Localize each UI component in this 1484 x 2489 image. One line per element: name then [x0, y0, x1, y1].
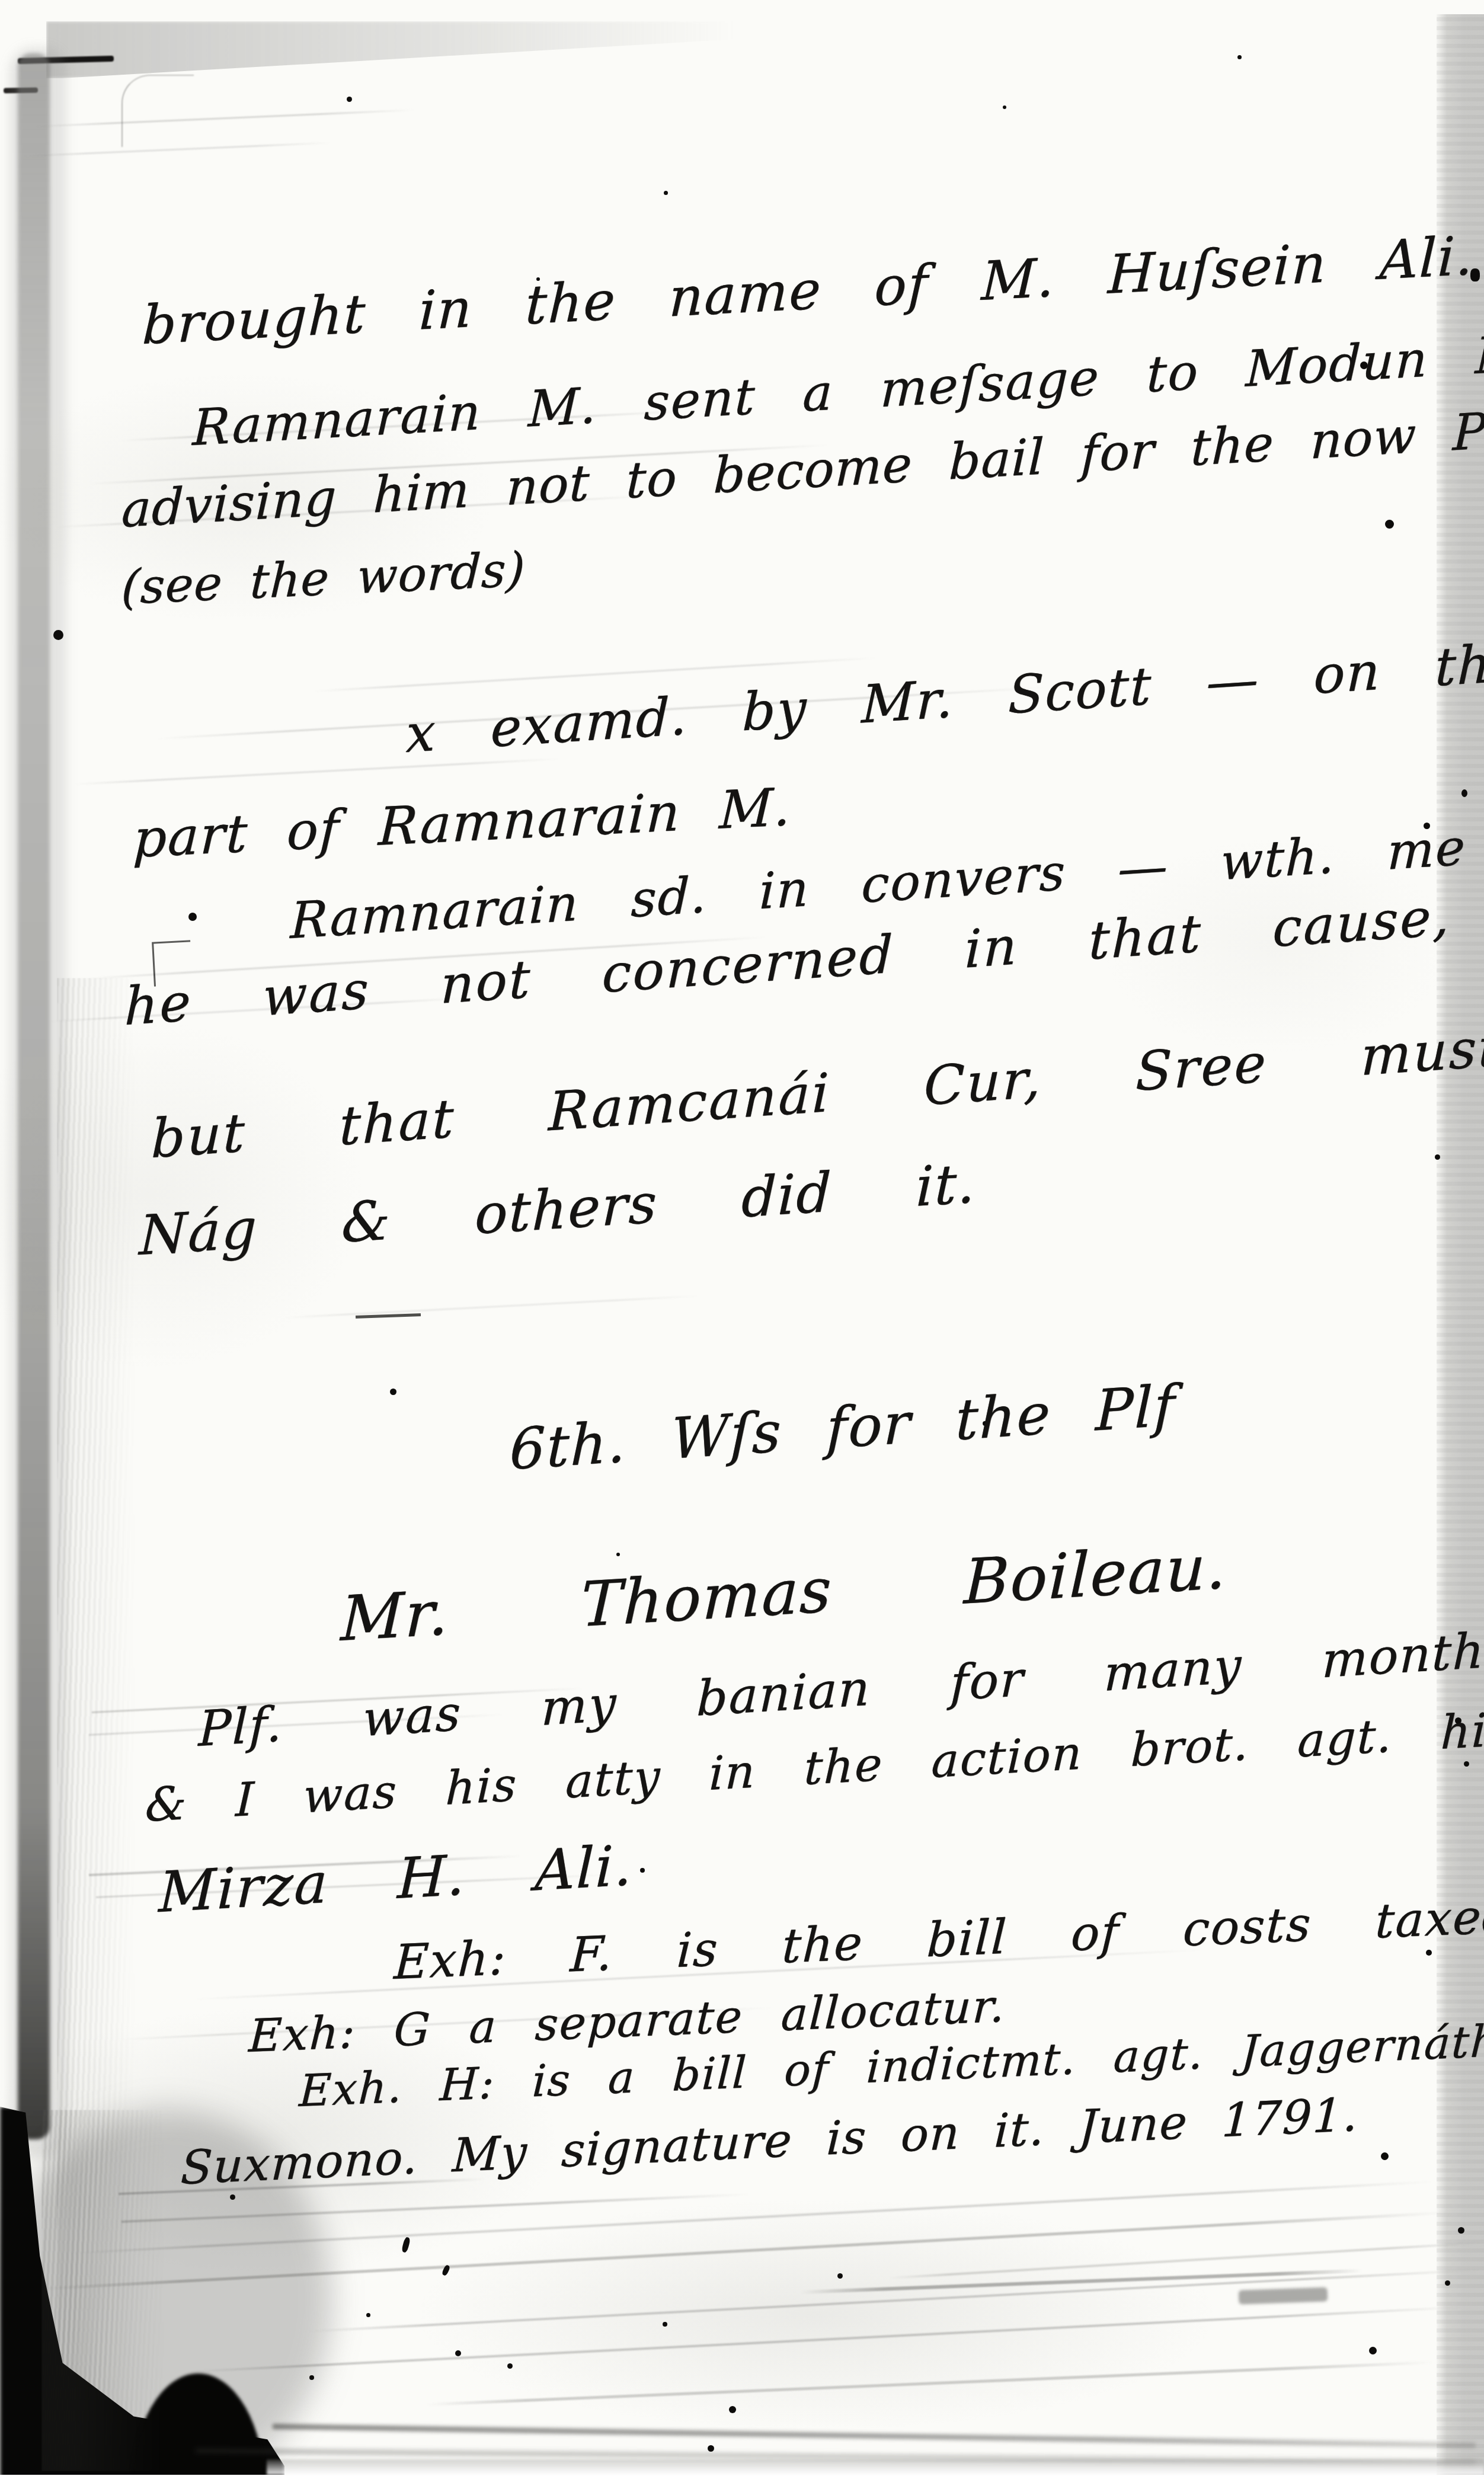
- ink-speck: [1461, 789, 1467, 797]
- ink-speck: [1003, 105, 1006, 109]
- ink-speck: [663, 2322, 667, 2327]
- ink-speck: [708, 2445, 714, 2452]
- ink-speck: [616, 1553, 620, 1556]
- ink-speck: [640, 1868, 645, 1873]
- ink-speck: [1385, 520, 1394, 529]
- ink-speck: [366, 2313, 370, 2317]
- ink-speck: [1426, 1950, 1432, 1956]
- ink-speck: [1445, 2280, 1450, 2286]
- ink-speck: [1369, 2347, 1377, 2354]
- binding-shadow-core: [18, 53, 50, 2139]
- ink-speck: [1458, 2227, 1464, 2234]
- ink-speck: [664, 191, 668, 195]
- ink-speck: [390, 1389, 396, 1395]
- ink-speck: [1435, 1154, 1440, 1160]
- scan-margin-bottom: [0, 2475, 1484, 2489]
- ink-speck: [455, 2350, 461, 2356]
- ink-speck: [309, 2375, 314, 2380]
- ink-speck: [507, 2363, 513, 2369]
- ink-speck: [230, 2194, 235, 2200]
- ink-speck: [1237, 55, 1242, 59]
- page-corner-curve: [121, 75, 194, 147]
- ink-speck: [1464, 1761, 1469, 1767]
- ink-speck: [837, 2273, 843, 2279]
- ink-speck: [729, 2406, 736, 2413]
- ink-speck: [1381, 2152, 1389, 2160]
- ink-speck: [188, 913, 197, 921]
- ink-speck: [53, 630, 63, 640]
- ink-speck: [347, 97, 352, 102]
- binding-texture: [41, 2110, 172, 2471]
- manuscript-page: brought in the name of M. Huſsein Ali. R…: [0, 0, 1484, 2489]
